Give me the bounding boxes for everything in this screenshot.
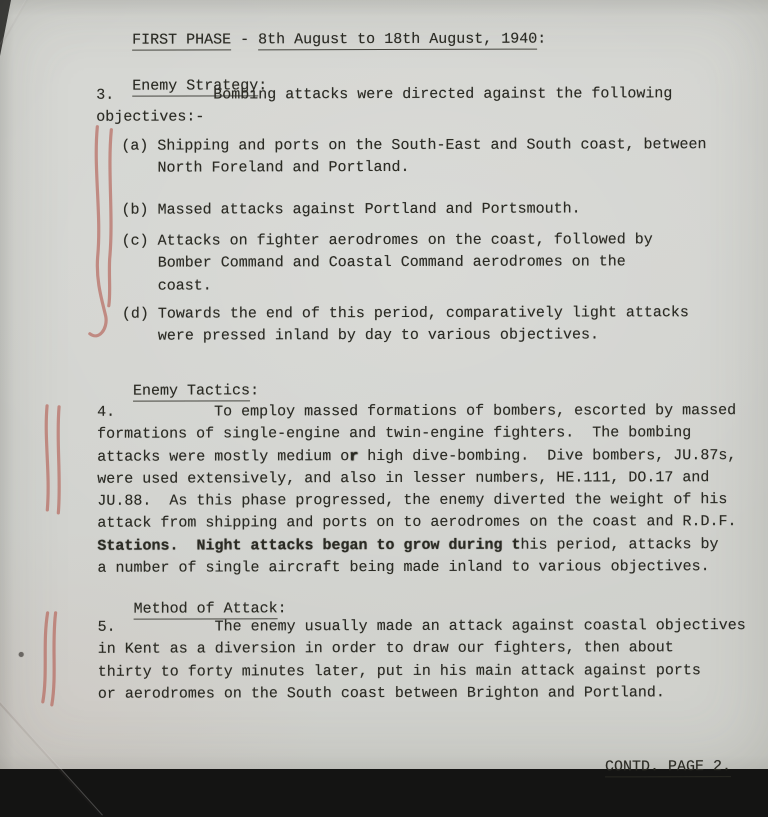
red-margin-mark-list-right bbox=[108, 130, 111, 306]
text-line: thirty to forty minutes later, put in hi… bbox=[98, 660, 746, 684]
text-line: North Foreland and Portland. bbox=[157, 156, 706, 180]
list-item-a: (a)Shipping and ports on the South-East … bbox=[121, 134, 706, 180]
list-item-c: (c)Attacks on fighter aerodromes on the … bbox=[122, 229, 653, 297]
text-line: formations of single-engine and twin-eng… bbox=[97, 422, 736, 446]
text-line: 3. Bombing attacks were directed against… bbox=[96, 83, 672, 107]
text-line: (d)Towards the end of this period, compa… bbox=[122, 302, 689, 326]
text-line: (a)Shipping and ports on the South-East … bbox=[121, 134, 706, 158]
text-line: or aerodromes on the South coast between… bbox=[98, 682, 746, 706]
red-margin-mark-list-left bbox=[89, 127, 106, 336]
red-margin-mark-para5-left bbox=[43, 613, 48, 702]
text-line: Stations. Night attacks began to grow du… bbox=[97, 534, 736, 558]
title-separator: - bbox=[231, 32, 258, 49]
text-line: Bomber Command and Coastal Command aerod… bbox=[158, 252, 653, 276]
list-label: (b) bbox=[122, 202, 149, 219]
list-item-d: (d)Towards the end of this period, compa… bbox=[122, 302, 689, 348]
list-label: (a) bbox=[121, 138, 148, 155]
text-line: 5. The enemy usually made an attack agai… bbox=[98, 615, 746, 639]
paragraph-3: 3. Bombing attacks were directed against… bbox=[96, 83, 672, 129]
red-margin-mark-para5-right bbox=[52, 613, 56, 705]
text-line: (c)Attacks on fighter aerodromes on the … bbox=[122, 229, 653, 253]
red-margin-mark-para4-left bbox=[46, 406, 48, 510]
text-line: attacks were mostly medium or high dive-… bbox=[97, 445, 736, 469]
list-label: (c) bbox=[122, 233, 149, 250]
text-line: objectives:- bbox=[96, 106, 672, 130]
text-line: (b)Massed attacks against Portland and P… bbox=[122, 198, 581, 221]
list-item-b: (b)Massed attacks against Portland and P… bbox=[122, 198, 581, 221]
paragraph-5: 5. The enemy usually made an attack agai… bbox=[98, 615, 746, 706]
text-line: JU.88. As this phase progressed, the ene… bbox=[97, 489, 736, 513]
text-line: coast. bbox=[158, 274, 653, 298]
text-line: in Kent as a diversion in order to draw … bbox=[98, 637, 746, 661]
title-colon: : bbox=[537, 31, 546, 48]
text-line: were pressed inland by day to various ob… bbox=[158, 324, 689, 348]
red-margin-mark-para4-right bbox=[58, 407, 59, 513]
text-line: were used extensively, and also in lesse… bbox=[97, 467, 736, 491]
overstruck-character: r bbox=[349, 448, 358, 465]
retyped-bold-text: Stations. Night attacks began to grow du… bbox=[97, 536, 520, 554]
title-phase: FIRST PHASE bbox=[132, 32, 231, 51]
pencil-dot bbox=[19, 652, 24, 657]
text-line: attack from shipping and ports on to aer… bbox=[97, 512, 736, 536]
list-label: (d) bbox=[122, 306, 149, 323]
document-page: FIRST PHASE - 8th August to 18th August,… bbox=[0, 0, 768, 769]
title-date-range: 8th August to 18th August, 1940 bbox=[258, 31, 537, 51]
text-line: 4. To employ massed formations of bomber… bbox=[97, 400, 736, 424]
continuation-note: CONTD. PAGE 2. bbox=[569, 734, 731, 769]
paragraph-4: 4. To employ massed formations of bomber… bbox=[97, 400, 737, 580]
